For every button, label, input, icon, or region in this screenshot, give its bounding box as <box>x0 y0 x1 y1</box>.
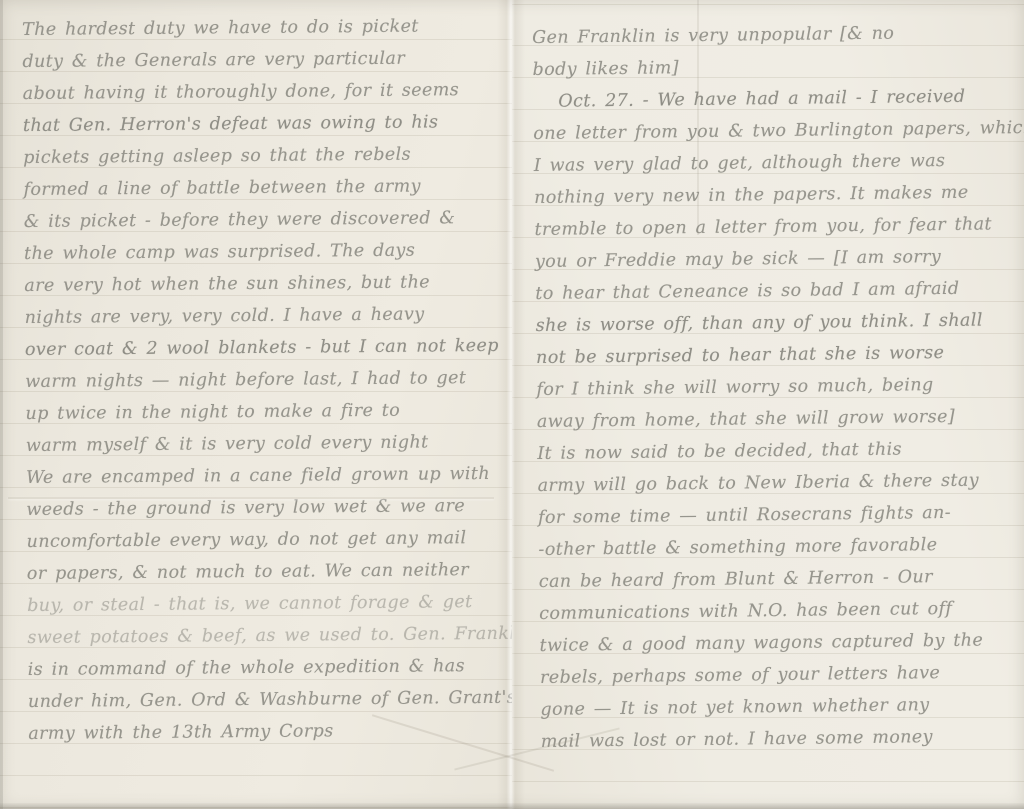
page-right-lines: Gen Franklin is very unpopular [& nobody… <box>532 16 1024 758</box>
letter-line: & its picket - before they were discover… <box>24 202 508 238</box>
letter-line: duty & the Generals are very particular <box>22 42 506 78</box>
letter-line: The hardest duty we have to do is picket <box>22 10 506 46</box>
letter-page-left: The hardest duty we have to do is picket… <box>0 0 512 809</box>
letter-line: warm nights — night before last, I had t… <box>25 362 509 398</box>
letter-line: are very hot when the sun shines, but th… <box>24 266 508 302</box>
letter-line: to hear that Ceneance is so bad I am afr… <box>535 272 1023 310</box>
letter-line: over coat & 2 wool blankets - but I can … <box>25 330 509 366</box>
letter-line: weeds - the ground is very low wet & we … <box>26 490 510 526</box>
letter-line: is in command of the whole expedition & … <box>28 650 512 686</box>
letter-line: buy, or steal - that is, we cannot forag… <box>27 586 511 622</box>
letter-line: pickets getting asleep so that the rebel… <box>23 138 507 174</box>
page-left-lines: The hardest duty we have to do is picket… <box>22 10 512 750</box>
letter-line: mail was lost or not. I have some money <box>541 720 1024 758</box>
letter-line: formed a line of battle between the army <box>23 170 507 206</box>
letter-line: the whole camp was surprised. The days <box>24 234 508 270</box>
letter-line: army with the 13th Army Corps <box>28 714 512 750</box>
letter-line: she is worse off, than any of you think.… <box>536 304 1024 342</box>
letter-line: sweet potatoes & beef, as we used to. Ge… <box>27 618 511 654</box>
letter-line: We are encamped in a cane field grown up… <box>26 458 510 494</box>
letter-line: uncomfortable every way, do not get any … <box>26 522 510 558</box>
letter-line: up twice in the night to make a fire to <box>25 394 509 430</box>
letter-line: body likes him] <box>532 48 1020 86</box>
letter-line: about having it thoroughly done, for it … <box>23 74 507 110</box>
letter-page-right: Gen Franklin is very unpopular [& nobody… <box>512 0 1024 809</box>
letter-line: that Gen. Herron's defeat was owing to h… <box>23 106 507 142</box>
letter-line: or papers, & not much to eat. We can nei… <box>27 554 511 590</box>
letter-line: warm myself & it is very cold every nigh… <box>26 426 510 462</box>
letter-line: nights are very, very cold. I have a hea… <box>25 298 509 334</box>
letter-line: under him, Gen. Ord & Washburne of Gen. … <box>28 682 512 718</box>
letter-scan: The hardest duty we have to do is picket… <box>0 0 1024 809</box>
